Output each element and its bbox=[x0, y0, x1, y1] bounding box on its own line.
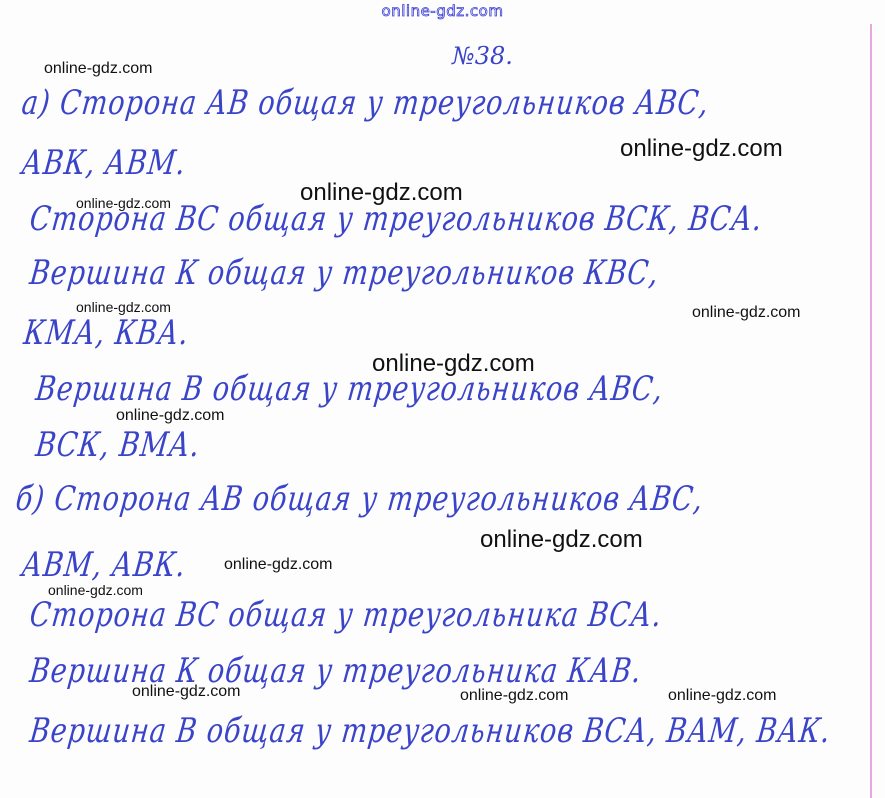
watermark: online-gdz.com bbox=[480, 526, 643, 554]
line-6: Вершина В общая у треугольников АВС, bbox=[34, 370, 666, 409]
watermark: online-gdz.com bbox=[132, 683, 241, 701]
top-watermark: online-gdz.com bbox=[0, 2, 885, 20]
problem-number: №38. bbox=[452, 42, 513, 70]
line-8: б) Сторона АВ общая у треугольников АВС, bbox=[14, 480, 706, 519]
watermark: online-gdz.com bbox=[300, 179, 463, 207]
watermark: online-gdz.com bbox=[668, 687, 777, 705]
margin-line bbox=[870, 24, 872, 798]
watermark: online-gdz.com bbox=[224, 556, 333, 574]
watermark: online-gdz.com bbox=[44, 60, 153, 78]
watermark: online-gdz.com bbox=[620, 135, 783, 163]
watermark: online-gdz.com bbox=[76, 299, 171, 315]
watermark: online-gdz.com bbox=[76, 195, 171, 211]
watermark: online-gdz.com bbox=[48, 582, 143, 598]
watermark: online-gdz.com bbox=[460, 687, 569, 705]
line-7: ВСК, ВМА. bbox=[34, 426, 202, 465]
line-5: КМА, КВА. bbox=[22, 314, 191, 353]
line-11: Вершина К общая у треугольника КАВ. bbox=[28, 652, 644, 691]
line-2: АВК, АВМ. bbox=[20, 144, 188, 183]
watermark: online-gdz.com bbox=[116, 407, 225, 425]
watermark: online-gdz.com bbox=[372, 350, 535, 378]
homework-page: online-gdz.com №38. а) Сторона АВ общая … bbox=[0, 0, 885, 798]
line-9: АВМ, АВК. bbox=[20, 546, 188, 585]
line-10: Сторона ВС общая у треугольника ВСА. bbox=[28, 596, 664, 635]
watermark: online-gdz.com bbox=[692, 304, 801, 322]
line-1: а) Сторона АВ общая у треугольников АВС, bbox=[20, 84, 711, 123]
line-4: Вершина К общая у треугольников КВС, bbox=[28, 254, 661, 293]
line-12: Вершина В общая у треугольников ВСА, ВАМ… bbox=[28, 712, 833, 751]
